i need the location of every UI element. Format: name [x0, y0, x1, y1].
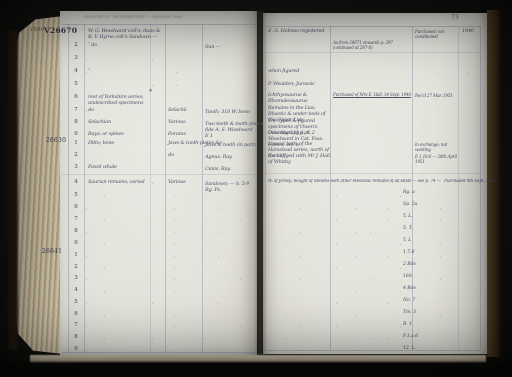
ditto-mark: ·: [218, 230, 220, 236]
ditto-mark: ·: [387, 206, 389, 212]
book-gutter: [255, 11, 265, 357]
price-figure: 4 Bds: [403, 286, 416, 291]
ditto-mark: ·: [104, 266, 106, 272]
entry-notes: when figured: [268, 68, 332, 74]
entry-year: 1940: [462, 28, 474, 34]
ditto-mark: ·: [218, 206, 220, 212]
ditto-mark: ·: [400, 266, 402, 272]
entry-remark: in exchange; not wanting: [415, 142, 459, 152]
ditto-mark: ·: [336, 301, 338, 307]
ditto-mark: ·: [86, 57, 88, 63]
ditto-mark: ·: [400, 194, 402, 200]
ditto-mark: ·: [467, 70, 469, 76]
ditto-mark: ·: [440, 218, 442, 224]
entry-locality: Tooth; 318 W. bone: [205, 109, 250, 115]
book-cover-left-edge: [8, 30, 18, 350]
sub-number: 4: [71, 68, 81, 74]
entry-locality: E 1: [205, 133, 213, 139]
ditto-mark: ·: [86, 277, 88, 283]
sub-number: 7: [71, 322, 81, 328]
ditto-mark: ·: [387, 254, 389, 260]
ditto-mark: ·: [174, 348, 176, 354]
registration-number: 26641: [42, 248, 62, 255]
ditto-mark: ·: [205, 242, 207, 248]
entry-remark: Purchased; not conditioned: [415, 29, 459, 39]
ditto-mark: ·: [218, 301, 220, 307]
ditto-mark: ·: [400, 289, 402, 295]
sub-number: 6: [71, 94, 81, 100]
rule-line: [62, 174, 257, 175]
ditto-mark: ·: [285, 194, 287, 200]
entry-description: ″: [88, 68, 164, 74]
sub-number: 1: [71, 140, 81, 146]
entry-detail: Forams: [168, 131, 186, 137]
sub-number: 8: [71, 119, 81, 125]
ditto-mark: ·: [336, 218, 338, 224]
rule-line: [165, 24, 166, 352]
sub-number: 2: [71, 264, 81, 270]
ditto-mark: ·: [86, 83, 88, 89]
ditto-mark: ·: [176, 70, 178, 76]
sub-number: 4: [71, 179, 81, 185]
ditto-mark: ·: [174, 266, 176, 272]
entry-locality: Canis, Ray.: [205, 166, 231, 172]
ditto-mark: ·: [467, 57, 469, 63]
entry-description: Fossil whale: [88, 164, 164, 170]
ditto-mark: ·: [336, 324, 338, 330]
price-figure: 12. L.: [403, 346, 416, 351]
ditto-mark: ·: [104, 313, 106, 319]
sub-number: 8: [71, 228, 81, 234]
price-figure: F.1.a.6: [403, 334, 418, 339]
ditto-mark: ·: [174, 254, 176, 260]
ditto-mark: ·: [440, 254, 442, 260]
entry-locality: Sandown; — b. 5-9 Rg. Ps.: [205, 181, 249, 193]
entry-detail: Various: [168, 119, 186, 125]
entry-detail: Various: [168, 179, 186, 185]
sub-number: 3: [71, 55, 81, 61]
ditto-mark: ·: [86, 206, 88, 212]
ditto-mark: ·: [218, 254, 220, 260]
entry-description: W. G. Woodward coll'n; duns & R. V. Byrn…: [88, 28, 164, 40]
rule-line: [265, 173, 480, 174]
ditto-mark: ·: [240, 218, 242, 224]
ditto-mark: ·: [300, 277, 302, 283]
price-figure: 2 Bds: [403, 262, 416, 267]
ditto-mark: ·: [355, 254, 357, 260]
sub-number: 7: [71, 216, 81, 222]
ditto-mark: ·: [285, 289, 287, 295]
entry-notes: E. G. Holmes registered: [268, 28, 332, 34]
entry-notes: Exchanged with Mr J. Hall, of Whitby: [268, 153, 332, 165]
ditto-mark: ·: [285, 336, 287, 342]
sub-number: 8: [71, 334, 81, 340]
sub-number: 6: [71, 204, 81, 210]
entry-description: ″ do: [88, 42, 164, 48]
rule-line: [458, 26, 459, 350]
ditto-mark: ·: [285, 218, 287, 224]
entry-description: do: [88, 107, 164, 113]
ditto-mark: ·: [174, 194, 176, 200]
price-figure: Sp. 2a: [403, 202, 417, 207]
ditto-mark: ·: [205, 313, 207, 319]
ditto-mark: ·: [174, 289, 176, 295]
price-figure: No. 7: [403, 298, 415, 303]
table-shadow: [0, 362, 512, 377]
rule-line: [265, 350, 480, 351]
rule-line: [68, 24, 69, 352]
rule-line: [202, 24, 203, 352]
entry-detail: Selachii: [168, 107, 187, 113]
ditto-mark: ·: [218, 348, 220, 354]
ditto-mark: ·: [400, 324, 402, 330]
rule-line: [480, 26, 481, 350]
ditto-mark: ·: [205, 218, 207, 224]
entry-acquisition: Purchased of Mrs E. Hall, 14 Sept. 1940: [333, 92, 413, 97]
sub-number: 2: [71, 152, 81, 158]
sub-number: 3: [71, 164, 81, 170]
ditto-mark: ·: [355, 289, 357, 295]
ditto-mark: ·: [176, 83, 178, 89]
entry-detail: do: [168, 152, 174, 158]
sub-number: 5: [71, 299, 81, 305]
ditto-mark: ·: [104, 218, 106, 224]
photo-of-register-book: REGISTER OF THE DEPARTMENT — GEOLOGY 194…: [0, 0, 512, 377]
ditto-mark: ·: [86, 301, 88, 307]
entry-acquisition-long: W. of Jersey; bought of Stevens with oth…: [268, 179, 496, 184]
rule-line: [265, 26, 480, 27]
price-figure: B. 1: [403, 322, 412, 327]
entry-description: rest of Yorkshire series; undescribed sp…: [88, 94, 164, 106]
sub-number: 3: [71, 275, 81, 281]
entry-locality: Sun —: [205, 44, 220, 50]
ditto-mark: ·: [152, 57, 154, 63]
rule-line: [62, 352, 257, 353]
ditto-mark: ·: [104, 289, 106, 295]
ditto-mark: ·: [86, 254, 88, 260]
ditto-mark: ·: [300, 230, 302, 236]
ditto-mark: ·: [285, 266, 287, 272]
ditto-mark: ·: [370, 266, 372, 272]
ditto-mark: ·: [104, 336, 106, 342]
sub-number: 7: [71, 107, 81, 113]
ditto-mark: ·: [355, 313, 357, 319]
ditto-mark: ·: [86, 348, 88, 354]
ditto-mark: ·: [440, 313, 442, 319]
ditto-mark: ·: [205, 336, 207, 342]
ditto-mark: ·: [300, 348, 302, 354]
sub-number: 1: [71, 28, 81, 34]
sub-number: 2: [71, 42, 81, 48]
ditto-mark: ·: [387, 301, 389, 307]
registration-number: 26630: [46, 137, 66, 144]
ditto-mark: ·: [205, 266, 207, 272]
ditto-mark: ·: [205, 194, 207, 200]
ditto-mark: ·: [152, 83, 154, 89]
ditto-mark: ·: [174, 206, 176, 212]
stacked-page-edges: [13, 16, 63, 354]
rule-line: [265, 26, 266, 350]
rule-line: [62, 24, 257, 25]
price-figure: 5. T.: [403, 226, 413, 231]
price-figure: Tm. 3: [403, 310, 416, 315]
ditto-mark: ·: [355, 206, 357, 212]
entry-locality: Two teeth & tooth-plates fide A. S. Wood…: [205, 121, 263, 133]
ditto-mark: ·: [355, 348, 357, 354]
ditto-mark: ·: [86, 324, 88, 330]
ditto-mark: ·: [285, 242, 287, 248]
ditto-mark: ·: [86, 70, 88, 76]
entry-remark: Rec'd 27 Mar. 1951: [415, 93, 459, 98]
sub-number: 9: [71, 346, 81, 352]
sub-number: 4: [71, 287, 81, 293]
ditto-mark: ·: [300, 206, 302, 212]
ditto-mark: ·: [336, 242, 338, 248]
margin-year: 1940: [30, 27, 44, 33]
sub-number: 5: [71, 192, 81, 198]
entry-description: Rays; or spines: [88, 131, 164, 137]
entry-locality: Agnus, Ray.: [205, 154, 232, 160]
ditto-mark: ·: [104, 242, 106, 248]
ditto-mark: ·: [440, 348, 442, 354]
entry-description: Ditto; bone: [88, 140, 164, 146]
ditto-mark: ·: [152, 336, 154, 342]
ditto-mark: ·: [174, 277, 176, 283]
ditto-mark: ·: [174, 242, 176, 248]
ditto-mark: ·: [300, 324, 302, 330]
sub-number: 9: [71, 131, 81, 137]
sub-number: 1: [71, 252, 81, 258]
printed-header-stamp: REGISTER OF THE DEPARTMENT — GEOLOGY 194…: [84, 16, 194, 19]
ditto-mark: ·: [240, 277, 242, 283]
ditto-mark: ·: [86, 230, 88, 236]
ditto-mark: ·: [174, 324, 176, 330]
entry-notes: P. Wealden; Jurassic: [268, 81, 332, 87]
entry-acquisition: As from 26671 onwards p. 297 (continued …: [333, 40, 413, 50]
ditto-mark: ·: [174, 313, 176, 319]
ditto-mark: ·: [174, 218, 176, 224]
ditto-mark: ·: [86, 109, 88, 115]
ditto-mark: ·: [355, 230, 357, 236]
sub-number: 9: [71, 240, 81, 246]
ditto-mark: ·: [440, 206, 442, 212]
ditto-mark: ·: [285, 313, 287, 319]
price-figure: 160.: [403, 274, 413, 279]
ditto-mark: ·: [440, 242, 442, 248]
sub-number: 6: [71, 311, 81, 317]
price-figure: T. L: [403, 238, 411, 243]
ditto-mark: ·: [387, 336, 389, 342]
ditto-mark: ·: [152, 301, 154, 307]
ditto-mark: ·: [370, 336, 372, 342]
ditto-mark: ·: [174, 230, 176, 236]
ditto-mark: ·: [400, 242, 402, 248]
entry-notes: Ichthyosaurus & Rhomaleosaurus: [268, 92, 332, 104]
ditto-mark: ·: [370, 194, 372, 200]
ditto-mark: ·: [240, 324, 242, 330]
rule-line: [265, 52, 480, 53]
ditto-mark: ·: [440, 277, 442, 283]
ditto-mark: ·: [104, 194, 106, 200]
price-figure: Rg. a: [403, 190, 415, 195]
ditto-mark: ·: [370, 230, 372, 236]
ditto-mark: ·: [387, 218, 389, 224]
ditto-mark: ·: [152, 181, 154, 187]
entry-locality: Jaws & teeth (in part): [205, 142, 256, 148]
ditto-mark: ·: [467, 83, 469, 89]
ditto-mark: ·: [300, 254, 302, 260]
entry-remark: E 1.18.6 — 26th April 1951: [415, 154, 459, 164]
price-figure: 1.7.6: [403, 250, 414, 255]
ditto-mark: ·: [336, 266, 338, 272]
rule-line: [330, 26, 331, 350]
sub-number: 5: [71, 81, 81, 87]
rule-line: [84, 24, 85, 352]
ditto-mark: ·: [336, 194, 338, 200]
page-number: 73: [451, 14, 459, 21]
ditto-mark: ·: [370, 277, 372, 283]
price-figure: T. L.: [403, 214, 413, 219]
ditto-mark: ·: [205, 289, 207, 295]
entry-description: Selachian: [88, 119, 164, 125]
